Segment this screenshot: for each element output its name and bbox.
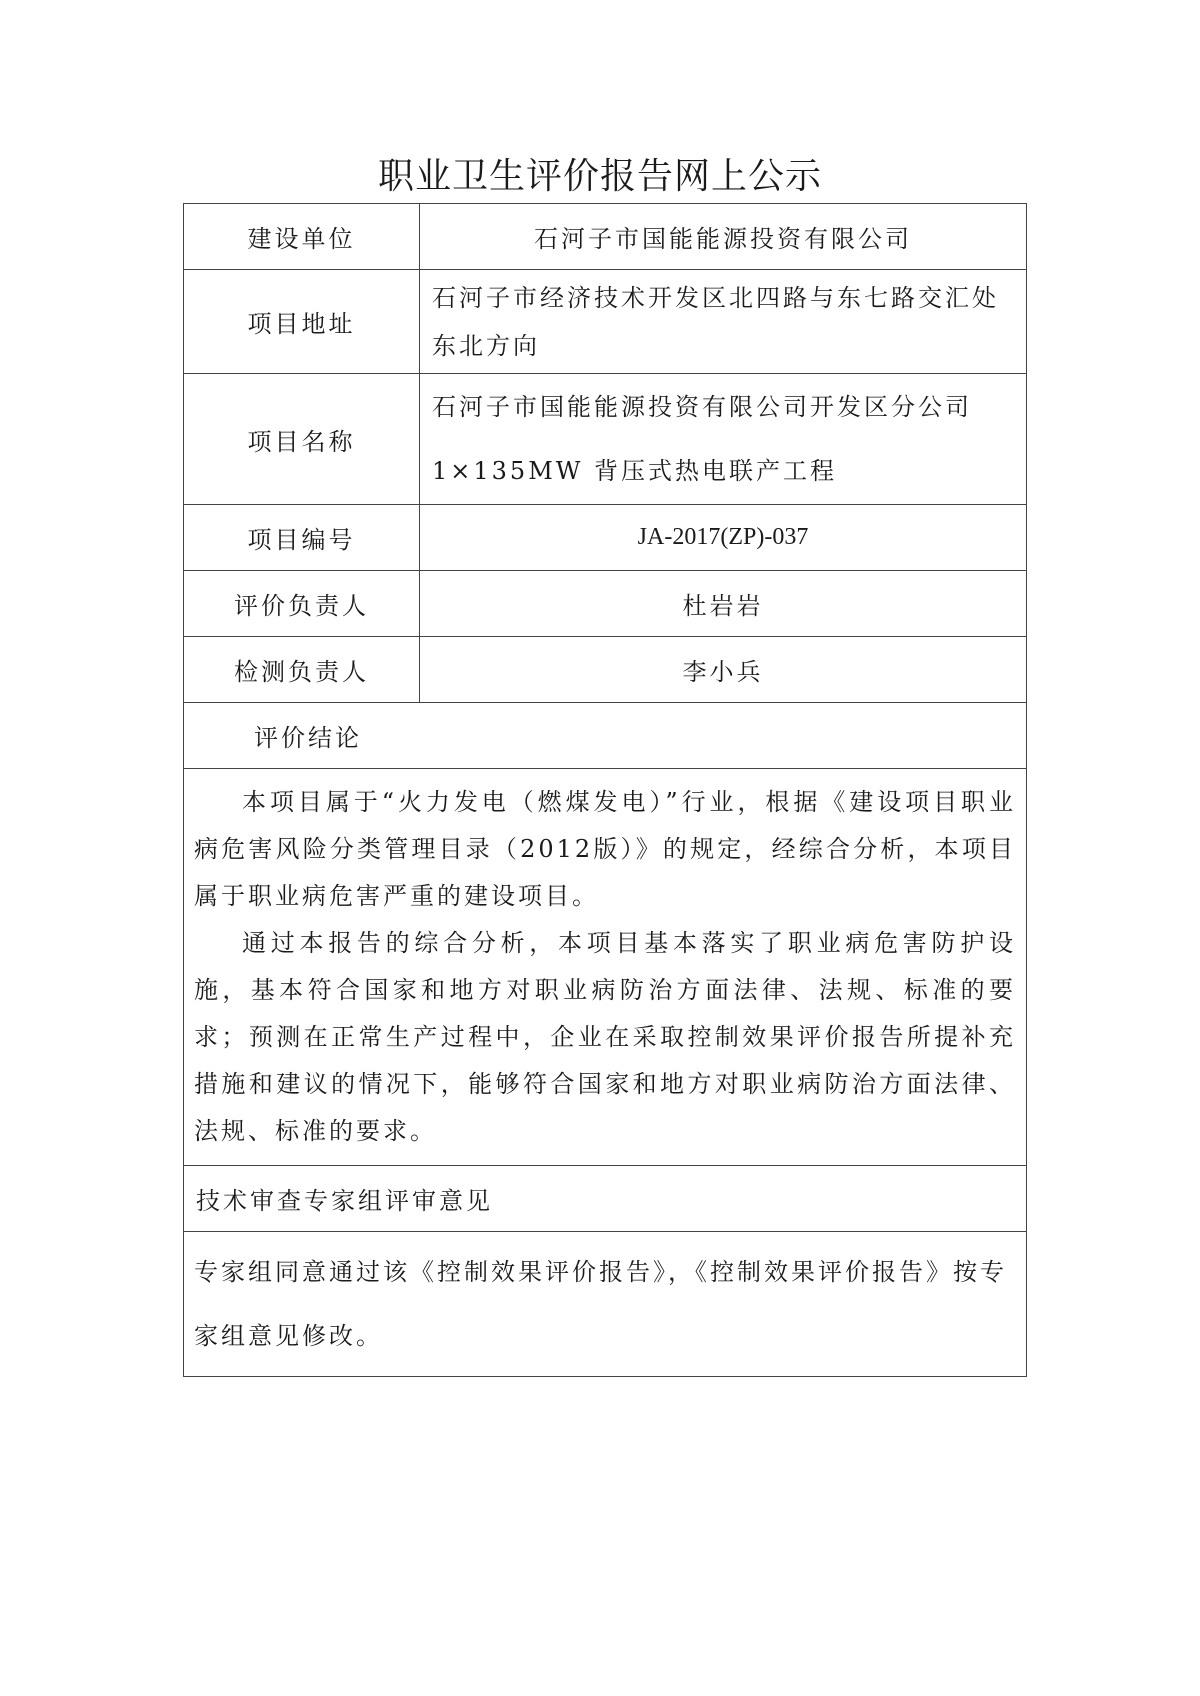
table-row-review-body: 专家组同意通过该《控制效果评价报告》，《控制效果评价报告》按专家组意见修改。 bbox=[184, 1232, 1027, 1377]
row-label: 检测负责人 bbox=[184, 637, 420, 703]
row-value: 杜岩岩 bbox=[420, 571, 1027, 637]
table-row-conclusion-heading: 评价结论 bbox=[184, 703, 1027, 769]
conclusion-paragraph: 本项目属于“火力发电（燃煤发电）”行业，根据《建设项目职业病危害风险分类管理目录… bbox=[194, 779, 1016, 920]
row-label: 建设单位 bbox=[184, 204, 420, 270]
row-label: 评价负责人 bbox=[184, 571, 420, 637]
row-label: 项目名称 bbox=[184, 374, 420, 505]
table-row-construction-unit: 建设单位 石河子市国能能源投资有限公司 bbox=[184, 204, 1027, 270]
conclusion-paragraph: 通过本报告的综合分析，本项目基本落实了职业病危害防护设施，基本符合国家和地方对职… bbox=[194, 920, 1016, 1155]
table-row-project-name: 项目名称 石河子市国能能源投资有限公司开发区分公司 1×135MW 背压式热电联… bbox=[184, 374, 1027, 505]
conclusion-heading: 评价结论 bbox=[184, 703, 1027, 769]
row-value: 石河子市国能能源投资有限公司开发区分公司 1×135MW 背压式热电联产工程 bbox=[420, 374, 1027, 505]
row-label: 项目编号 bbox=[184, 505, 420, 571]
review-heading: 技术审查专家组评审意见 bbox=[184, 1166, 1027, 1232]
table-row-evaluation-lead: 评价负责人 杜岩岩 bbox=[184, 571, 1027, 637]
row-label: 项目地址 bbox=[184, 270, 420, 374]
row-value: 石河子市经济技术开发区北四路与东七路交汇处东北方向 bbox=[420, 270, 1027, 374]
row-value: 李小兵 bbox=[420, 637, 1027, 703]
review-opinion: 专家组同意通过该《控制效果评价报告》，《控制效果评价报告》按专家组意见修改。 bbox=[184, 1232, 1027, 1377]
table-row-project-address: 项目地址 石河子市经济技术开发区北四路与东七路交汇处东北方向 bbox=[184, 270, 1027, 374]
table-row-project-number: 项目编号 JA-2017(ZP)-037 bbox=[184, 505, 1027, 571]
table-row-conclusion-body: 本项目属于“火力发电（燃煤发电）”行业，根据《建设项目职业病危害风险分类管理目录… bbox=[184, 769, 1027, 1166]
row-value: JA-2017(ZP)-037 bbox=[420, 505, 1027, 571]
row-value: 石河子市国能能源投资有限公司 bbox=[420, 204, 1027, 270]
conclusion-body: 本项目属于“火力发电（燃煤发电）”行业，根据《建设项目职业病危害风险分类管理目录… bbox=[184, 769, 1027, 1166]
disclosure-table: 建设单位 石河子市国能能源投资有限公司 项目地址 石河子市经济技术开发区北四路与… bbox=[183, 203, 1027, 1377]
table-row-review-heading: 技术审查专家组评审意见 bbox=[184, 1166, 1027, 1232]
table-row-testing-lead: 检测负责人 李小兵 bbox=[184, 637, 1027, 703]
page-title: 职业卫生评价报告网上公示 bbox=[0, 148, 1200, 199]
